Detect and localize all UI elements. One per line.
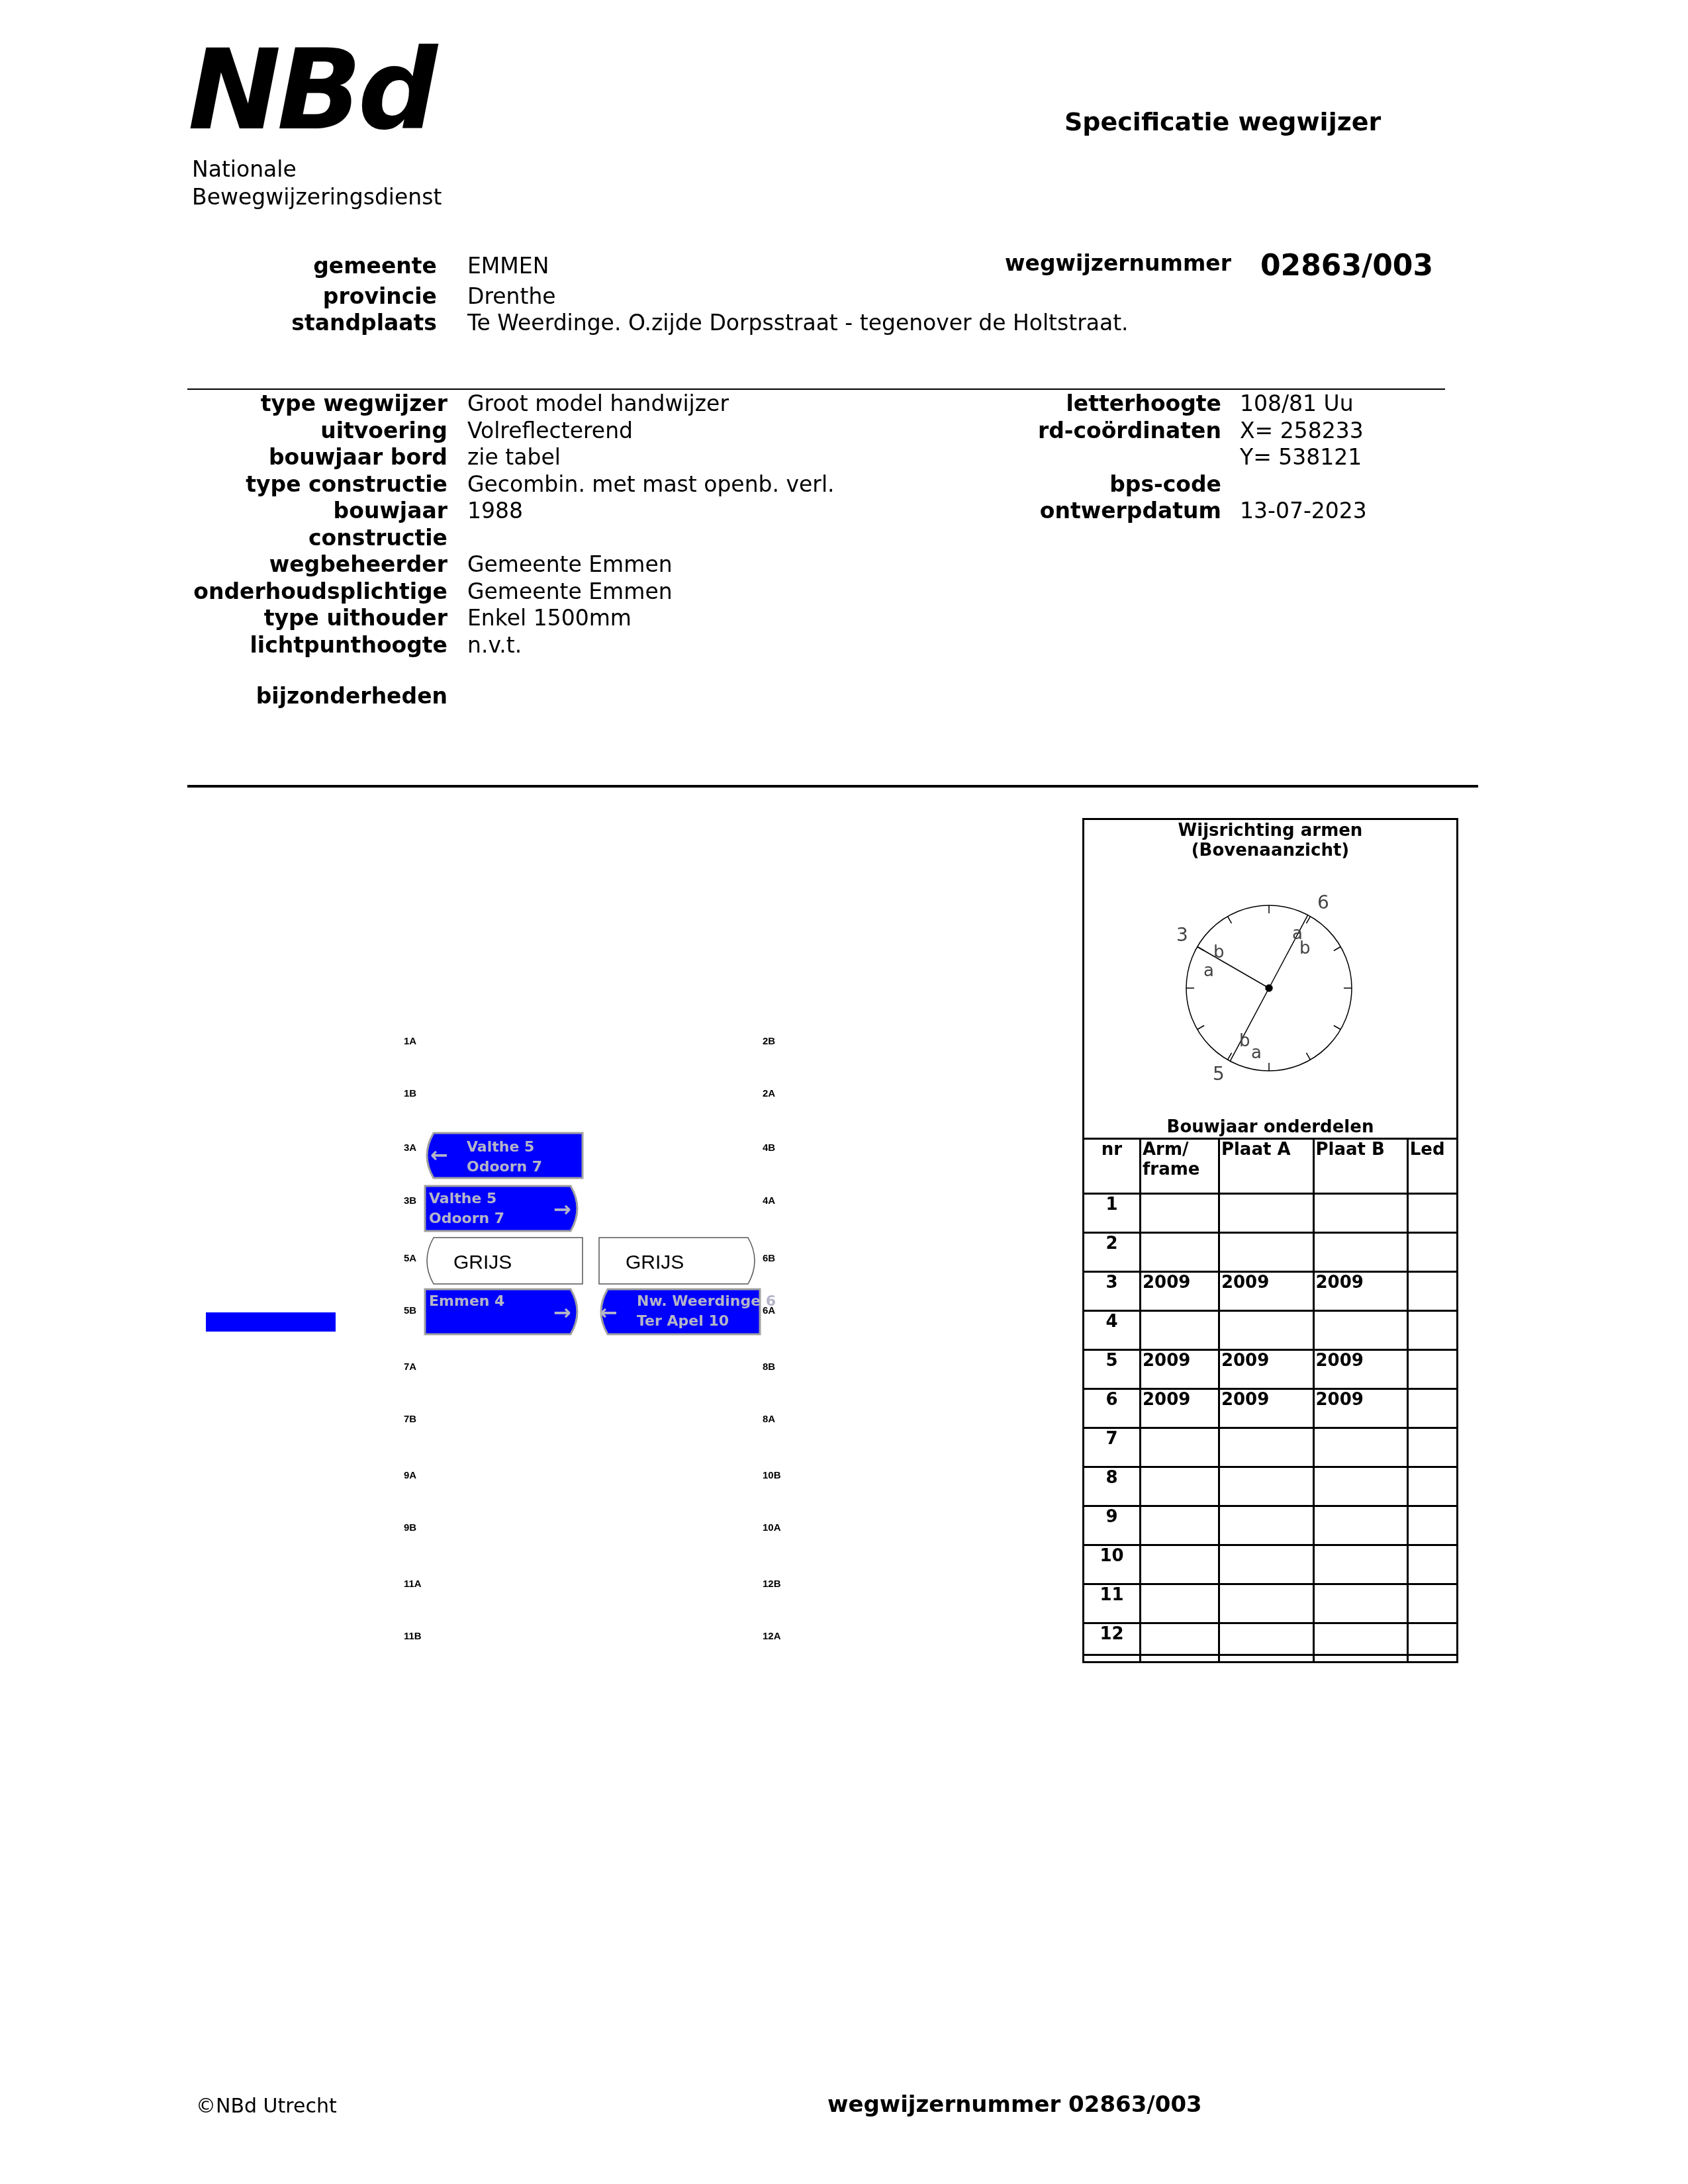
table-cell: 8 <box>1084 1467 1141 1506</box>
detail-label: letterhoogte <box>960 390 1221 417</box>
detail-value: zie tabel <box>467 444 561 471</box>
svg-text:b: b <box>1239 1031 1250 1051</box>
svg-text:GRIJS: GRIJS <box>626 1251 684 1273</box>
table-cell <box>1313 1545 1407 1584</box>
table-cell <box>1141 1623 1219 1662</box>
table-cell <box>1407 1389 1457 1428</box>
table-cell <box>1141 1233 1219 1272</box>
detail-label: uitvoering <box>185 418 447 444</box>
svg-text:b: b <box>1299 938 1311 958</box>
table-row: 11 <box>1084 1584 1458 1623</box>
provincie-label: provincie <box>199 283 437 310</box>
table-cell <box>1313 1194 1407 1233</box>
table-cell <box>1407 1545 1457 1584</box>
table-cell: 12 <box>1084 1623 1141 1662</box>
sign-position-label: 12A <box>763 1631 781 1642</box>
detail-value: Volreflecterend <box>467 418 633 444</box>
table-cell: 1 <box>1084 1194 1141 1233</box>
table-header: nr <box>1084 1139 1141 1194</box>
detail-label: type uithouder <box>185 605 447 631</box>
detail-label: onderhoudsplichtige <box>185 578 447 605</box>
table-header: Arm/ frame <box>1141 1139 1219 1194</box>
detail-value: 1988 <box>467 498 523 524</box>
table-cell: 2009 <box>1219 1350 1313 1389</box>
table-cell <box>1407 1428 1457 1467</box>
table-cell <box>1141 1506 1219 1545</box>
sign-position-label: 7B <box>404 1414 416 1425</box>
table-cell <box>1407 1233 1457 1272</box>
table-row: 5200920092009 <box>1084 1350 1458 1389</box>
arrow-left-icon: ← <box>600 1300 618 1325</box>
table-cell <box>1219 1623 1313 1662</box>
table-cell <box>1141 1311 1219 1350</box>
table-cell: 2009 <box>1219 1389 1313 1428</box>
detail-value: Gemeente Emmen <box>467 578 673 605</box>
detail-value: Y= 538121 <box>1240 444 1362 471</box>
detail-label: lichtpunthoogte <box>185 632 447 659</box>
svg-text:b: b <box>1213 942 1225 962</box>
nbd-logo: NBd <box>188 34 434 146</box>
table-header: Led <box>1407 1139 1457 1194</box>
svg-text:Valthe 5: Valthe 5 <box>429 1191 496 1207</box>
table-row: 4 <box>1084 1311 1458 1350</box>
svg-text:Odoorn 7: Odoorn 7 <box>467 1159 542 1175</box>
arrow-right-icon: → <box>553 1197 571 1222</box>
detail-value: n.v.t. <box>467 632 522 659</box>
arrow-right-icon: → <box>553 1300 571 1325</box>
table-cell <box>1407 1584 1457 1623</box>
orientation-title-line1: Wijsrichting armen <box>1082 821 1458 841</box>
detail-label: bouwjaar bord <box>185 444 447 471</box>
orientation-title: Wijsrichting armen (Bovenaanzicht) <box>1082 821 1458 860</box>
table-row: 6200920092009 <box>1084 1389 1458 1428</box>
sign-position-label: 10B <box>763 1470 781 1481</box>
mast-indicator-bar <box>206 1312 336 1332</box>
table-cell <box>1313 1428 1407 1467</box>
detail-label: type wegwijzer <box>185 390 447 417</box>
table-cell <box>1219 1428 1313 1467</box>
sign-position-label: 11B <box>404 1631 422 1642</box>
footer-wegwijzernummer: wegwijzernummer 02863/003 <box>827 2091 1202 2118</box>
sign-position-label: 9B <box>404 1522 416 1533</box>
table-row: 1 <box>1084 1194 1458 1233</box>
table-cell <box>1407 1467 1457 1506</box>
footer-copyright: ©NBd Utrecht <box>196 2095 337 2118</box>
table-cell <box>1407 1272 1457 1311</box>
standplaats-label: standplaats <box>199 310 437 336</box>
table-cell: 2 <box>1084 1233 1141 1272</box>
sign-position-label: 1A <box>404 1036 416 1047</box>
table-cell <box>1313 1506 1407 1545</box>
detail-label: bouwjaar <box>185 498 447 524</box>
divider <box>187 388 1445 390</box>
detail-value: Gecombin. met mast openb. verl. <box>467 471 835 498</box>
gemeente-value: EMMEN <box>467 253 549 279</box>
detail-value: Gemeente Emmen <box>467 551 673 578</box>
arm-3-label: 3 <box>1176 924 1188 946</box>
svg-text:a: a <box>1203 961 1214 981</box>
table-cell: 5 <box>1084 1350 1141 1389</box>
arm-5-label: 5 <box>1213 1063 1225 1085</box>
compass-diagram: 3 6 5 b a a b b a <box>1165 884 1377 1095</box>
table-cell: 3 <box>1084 1272 1141 1311</box>
table-header: Plaat A <box>1219 1139 1313 1194</box>
table-cell <box>1219 1506 1313 1545</box>
table-row: 7 <box>1084 1428 1458 1467</box>
table-cell: 2009 <box>1141 1350 1219 1389</box>
table-row: 3200920092009 <box>1084 1272 1458 1311</box>
svg-text:Nw. Weerdinge 6: Nw. Weerdinge 6 <box>637 1293 776 1310</box>
sign-5A: GRIJS <box>427 1238 583 1284</box>
svg-text:a: a <box>1251 1043 1262 1063</box>
table-cell <box>1313 1233 1407 1272</box>
sign-position-label: 7A <box>404 1361 416 1373</box>
wegwijzernummer-value: 02863/003 <box>1260 249 1433 283</box>
table-cell: 9 <box>1084 1506 1141 1545</box>
standplaats-value: Te Weerdinge. O.zijde Dorpsstraat - tege… <box>467 310 1129 336</box>
table-cell: 4 <box>1084 1311 1141 1350</box>
svg-text:Valthe 5: Valthe 5 <box>467 1139 534 1156</box>
table-header: Plaat B <box>1313 1139 1407 1194</box>
document-title: Specificatie wegwijzer <box>1064 107 1381 136</box>
detail-label: rd-coördinaten <box>960 418 1221 444</box>
bijzonderheden-label: bijzonderheden <box>185 683 447 709</box>
table-cell: 2009 <box>1313 1350 1407 1389</box>
table-cell <box>1407 1194 1457 1233</box>
arm-6-label: 6 <box>1317 891 1329 913</box>
table-row: 2 <box>1084 1233 1458 1272</box>
detail-value: X= 258233 <box>1240 418 1364 444</box>
svg-text:Ter Apel 10: Ter Apel 10 <box>637 1313 729 1330</box>
table-cell <box>1313 1584 1407 1623</box>
divider-thick <box>187 785 1478 788</box>
sign-position-label: 2A <box>763 1088 775 1099</box>
sign-position-label: 12B <box>763 1578 781 1590</box>
gemeente-label: gemeente <box>199 253 437 279</box>
table-cell <box>1313 1467 1407 1506</box>
sign-position-label: 8B <box>763 1361 775 1373</box>
sign-6A: Nw. Weerdinge 6 Ter Apel 10 ← <box>600 1289 776 1334</box>
logo-line-1: Nationale <box>192 156 297 183</box>
bouwjaar-table-title: Bouwjaar onderdelen <box>1082 1117 1458 1137</box>
sign-position-label: 2B <box>763 1036 775 1047</box>
table-cell: 2009 <box>1141 1389 1219 1428</box>
table-cell <box>1219 1545 1313 1584</box>
sign-drawing: Valthe 5 Odoorn 7 ← Valthe 5 Odoorn 7 → … <box>397 1118 781 1350</box>
table-cell <box>1313 1623 1407 1662</box>
table-cell: 6 <box>1084 1389 1141 1428</box>
sign-6B: GRIJS <box>599 1238 755 1284</box>
svg-text:GRIJS: GRIJS <box>453 1251 512 1273</box>
table-cell <box>1219 1233 1313 1272</box>
table-row: 12 <box>1084 1623 1458 1662</box>
table-row: 9 <box>1084 1506 1458 1545</box>
sign-position-label: 11A <box>404 1578 422 1590</box>
detail-label: ontwerpdatum <box>960 498 1221 524</box>
table-cell <box>1141 1467 1219 1506</box>
sign-3B: Valthe 5 Odoorn 7 → <box>425 1186 577 1231</box>
table-cell <box>1407 1506 1457 1545</box>
table-row: 10 <box>1084 1545 1458 1584</box>
table-cell: 2009 <box>1313 1389 1407 1428</box>
sign-position-label: 8A <box>763 1414 775 1425</box>
table-cell: 10 <box>1084 1545 1141 1584</box>
table-cell <box>1313 1311 1407 1350</box>
detail-value: Enkel 1500mm <box>467 605 632 631</box>
detail-label: type constructie <box>185 471 447 498</box>
detail-label: constructie <box>185 525 447 551</box>
detail-value: 108/81 Uu <box>1240 390 1354 417</box>
table-cell <box>1219 1467 1313 1506</box>
table-cell: 2009 <box>1313 1272 1407 1311</box>
detail-value: Groot model handwijzer <box>467 390 729 417</box>
detail-value: 13-07-2023 <box>1240 498 1367 524</box>
sign-position-label: 9A <box>404 1470 416 1481</box>
provincie-value: Drenthe <box>467 283 556 310</box>
table-cell <box>1407 1623 1457 1662</box>
table-cell: 7 <box>1084 1428 1141 1467</box>
table-cell: 11 <box>1084 1584 1141 1623</box>
detail-label: wegbeheerder <box>185 551 447 578</box>
wegwijzernummer-label: wegwijzernummer <box>960 250 1231 277</box>
orientation-title-line2: (Bovenaanzicht) <box>1082 841 1458 860</box>
bouwjaar-table: nrArm/ framePlaat APlaat BLed 1232009200… <box>1082 1138 1458 1663</box>
table-cell <box>1141 1584 1219 1623</box>
table-cell <box>1407 1311 1457 1350</box>
table-cell <box>1219 1584 1313 1623</box>
table-cell <box>1141 1545 1219 1584</box>
sign-position-label: 1B <box>404 1088 416 1099</box>
detail-label: bps-code <box>960 471 1221 498</box>
table-cell <box>1141 1194 1219 1233</box>
sign-5B: Emmen 4 → <box>425 1289 577 1334</box>
table-row: 8 <box>1084 1467 1458 1506</box>
table-cell <box>1219 1311 1313 1350</box>
logo-line-2: Bewegwijzeringsdienst <box>192 184 442 210</box>
table-cell: 2009 <box>1141 1272 1219 1311</box>
table-cell <box>1407 1350 1457 1389</box>
sign-position-label: 10A <box>763 1522 781 1533</box>
table-cell <box>1219 1194 1313 1233</box>
sign-3A: Valthe 5 Odoorn 7 ← <box>427 1133 583 1178</box>
arrow-left-icon: ← <box>430 1142 448 1167</box>
table-cell <box>1141 1428 1219 1467</box>
svg-text:Odoorn 7: Odoorn 7 <box>429 1210 504 1227</box>
table-cell: 2009 <box>1219 1272 1313 1311</box>
svg-text:Emmen 4: Emmen 4 <box>429 1293 504 1310</box>
